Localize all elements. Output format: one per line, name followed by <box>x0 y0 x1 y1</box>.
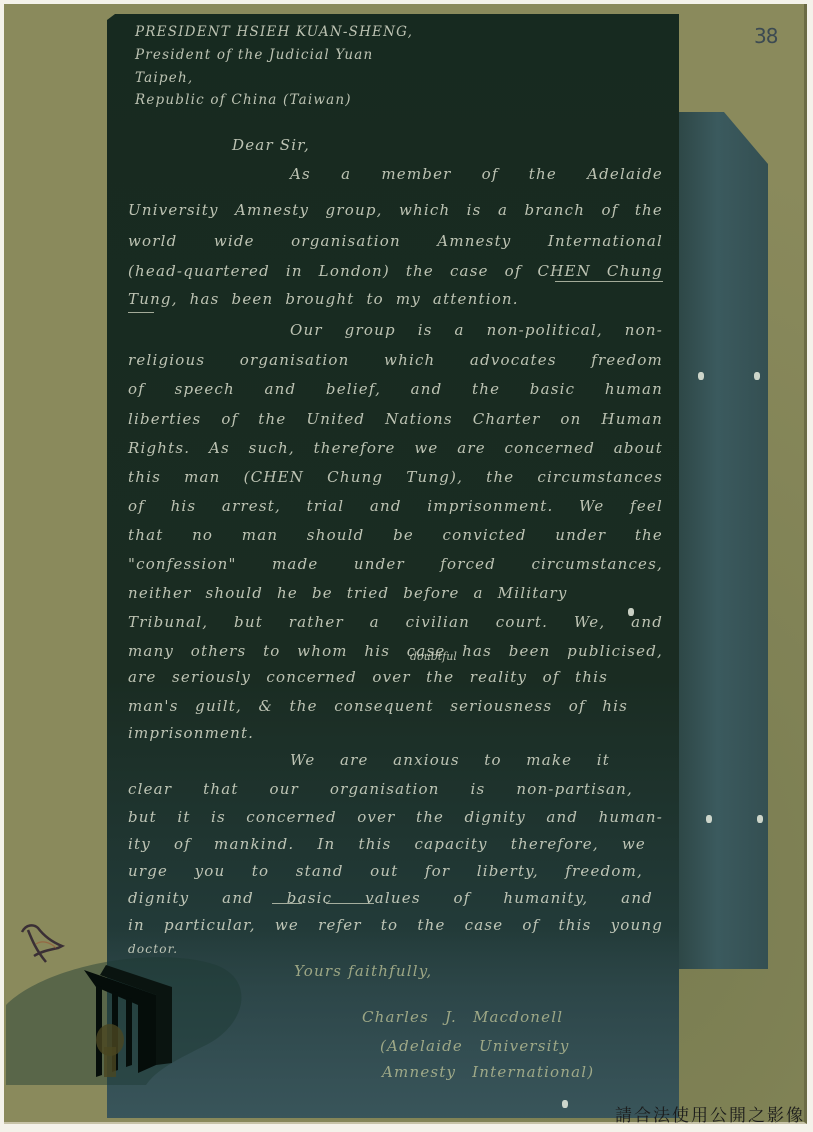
underline-basic <box>272 903 302 904</box>
body-line: "confession" made under forced circumsta… <box>128 555 663 573</box>
body-line: urge you to stand out for liberty, freed… <box>128 862 643 880</box>
body-line: dignity and basic values of humanity, an… <box>128 889 653 907</box>
body-line: religious organisation which advocates f… <box>128 351 663 369</box>
address-line-2: President of the Judicial Yuan <box>135 47 373 63</box>
body-line: are seriously concerned over the reality… <box>128 668 608 686</box>
body-line: liberties of the United Nations Charter … <box>128 410 663 428</box>
body-line: neither should he be tried before a Mili… <box>128 584 568 602</box>
staple-hole <box>706 815 712 823</box>
page-number: 38 <box>754 24 777 48</box>
underline-name <box>128 312 154 313</box>
body-line: of his arrest, trial and imprisonment. W… <box>128 497 663 515</box>
body-line: Tribunal, but rather a civilian court. W… <box>128 613 663 631</box>
body-line: but it is concerned over the dignity and… <box>128 808 663 826</box>
body-line: man's guilt, & the consequent seriousnes… <box>128 697 628 715</box>
salutation: Dear Sir, <box>232 136 310 154</box>
body-line: (head-quartered in London) the case of C… <box>128 262 663 280</box>
inserted-word: doubtful <box>410 650 457 663</box>
staple-hole <box>754 372 760 380</box>
body-line: We are anxious to make it <box>290 751 610 769</box>
body-line: this man (CHEN Chung Tung), the circumst… <box>128 468 663 486</box>
overlay-strip <box>676 112 768 969</box>
signature-name: Charles J. Macdonell <box>362 1008 563 1026</box>
underline-name <box>555 281 663 282</box>
staple-hole <box>757 815 763 823</box>
signature-affiliation-2: Amnesty International) <box>382 1063 594 1081</box>
body-line: clear that our organisation is non-parti… <box>128 780 633 798</box>
address-line-1: PRESIDENT HSIEH KUAN-SHENG, <box>135 24 413 40</box>
scanned-document-page: 38 PRESIDENT HSIEH KUAN-SHENG, President… <box>0 0 813 1132</box>
body-line: world wide organisation Amnesty Internat… <box>128 232 663 250</box>
address-line-4: Republic of China (Taiwan) <box>135 92 352 108</box>
underline-values <box>326 903 374 904</box>
body-line: Tung, has been brought to my attention. <box>128 290 519 308</box>
usage-notice-watermark: 請合法使用公開之影像 <box>615 1101 805 1126</box>
address-line-3: Taipeh, <box>135 70 193 86</box>
body-line: Rights. As such, therefore we are concer… <box>128 439 663 457</box>
body-line: imprisonment. <box>128 724 254 742</box>
staple-hole <box>562 1100 568 1108</box>
signature-affiliation-1: (Adelaide University <box>380 1037 570 1055</box>
body-line: many others to whom his case has been pu… <box>128 642 663 660</box>
body-line: that no man should be convicted under th… <box>128 526 663 544</box>
archive-keyhole-book-logo-icon <box>6 935 256 1085</box>
body-line: in particular, we refer to the case of t… <box>128 916 663 934</box>
body-line: University Amnesty group, which is a bra… <box>128 201 663 219</box>
staple-hole <box>698 372 704 380</box>
body-line: ity of mankind. In this capacity therefo… <box>128 835 646 853</box>
body-line: As a member of the Adelaide <box>290 165 663 183</box>
body-line: Our group is a non-political, non- <box>290 321 663 339</box>
closing: Yours faithfully, <box>294 962 432 980</box>
body-line: of speech and belief, and the basic huma… <box>128 380 663 398</box>
staple-hole <box>628 608 634 616</box>
